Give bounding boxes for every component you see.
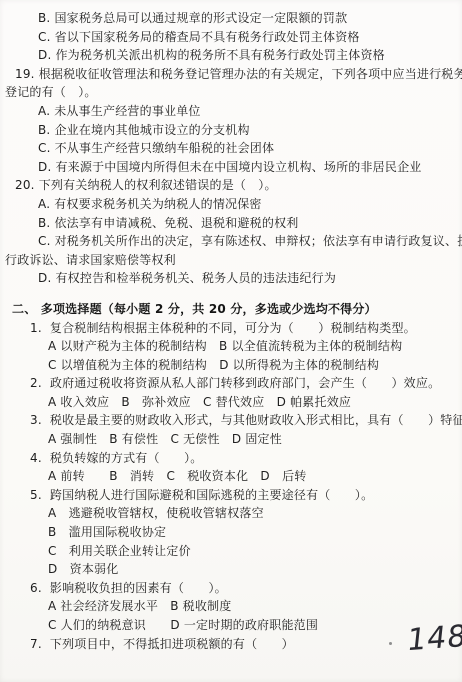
text-line: C 利用关联企业转让定价 [0,542,462,561]
text-line: A 强制性 B 有偿性 C 无偿性 D 固定性 [0,430,462,449]
text-line: A 前转 B 消转 C 税收资本化 D 后转 [0,467,462,486]
text-line: 2. 政府通过税收将资源从私人部门转移到政府部门，会产生（ ）效应。 [0,374,462,393]
text-line: B. 依法享有申请减税、免税、退税和避税的权利 [0,214,462,233]
ink-dot [389,642,392,645]
text-line: 7. 下列项目中，不得抵扣进项税额的有（ ） [0,635,462,654]
handwritten-page-number: 148 [405,619,462,659]
text-line: 5. 跨国纳税人进行国际避税和国际逃税的主要途径有（ ）。 [0,486,462,505]
section-header: 二、 多项选择题（每小题 2 分，共 20 分，多选或少选均不得分） [0,300,462,319]
text-line: C. 不从事生产经营只缴纳车船税的社会团体 [0,139,462,158]
text-line: D 资本弱化 [0,560,462,579]
text-line: 1. 复合税制结构根据主体税种的不同，可分为（ ）税制结构类型。 [0,319,462,338]
text-line: 登记的有（ ）。 [0,83,462,102]
text-line: A 逃避税收管辖权，使税收管辖权落空 [0,504,462,523]
text-line: D. 作为税务机关派出机构的税务所不具有税务行政处罚主体资格 [0,46,462,65]
text-line: 4. 税负转嫁的方式有（ ）。 [0,449,462,468]
text-line: C. 对税务机关所作出的决定，享有陈述权、申辩权；依法享有申请行政复议、提起 [0,232,462,251]
text-line: A 社会经济发展水平 B 税收制度 [0,597,462,616]
document-text: B. 国家税务总局可以通过规章的形式设定一定限额的罚款C. 省以下国家税务局的稽… [0,9,462,653]
text-line: B 滥用国际税收协定 [0,523,462,542]
text-line: A 以财产税为主体的税制结构 B 以全值流转税为主体的税制结构 [0,337,462,356]
text-line: C. 省以下国家税务局的稽查局不具有税务行政处罚主体资格 [0,28,462,47]
text-line: 3. 税收是最主要的财政收入形式，与其他财政收入形式相比，具有（ ）特征。 [0,411,462,430]
text-line: 20. 下列有关纳税人的权利叙述错误的是（ ）。 [0,176,462,195]
text-line: C 人们的纳税意识 D 一定时期的政府职能范围 [0,616,462,635]
text-line: A. 未从事生产经营的事业单位 [0,102,462,121]
text-line: B. 国家税务总局可以通过规章的形式设定一定限额的罚款 [0,9,462,28]
text-line: D. 有来源于中国境内所得但未在中国境内设立机构、场所的非居民企业 [0,158,462,177]
text-line: A. 有权要求税务机关为纳税人的情况保密 [0,195,462,214]
text-line: A 收入效应 B 弥补效应 C 替代效应 D 帕累托效应 [0,393,462,412]
text-line: 19. 根据税收征收管理法和税务登记管理办法的有关规定，下列各项中应当进行税务 [0,65,462,84]
text-line: B. 企业在境内其他城市设立的分支机构 [0,121,462,140]
text-line: D. 有权控告和检举税务机关、税务人员的违法违纪行为 [0,269,462,288]
scanned-page: B. 国家税务总局可以通过规章的形式设定一定限额的罚款C. 省以下国家税务局的稽… [0,0,462,682]
text-line: 行政诉讼、请求国家赔偿等权利 [0,251,462,270]
text-line: C 以增值税为主体的税制结构 D 以所得税为主体的税制结构 [0,356,462,375]
text-line: 6. 影响税收负担的因素有（ ）。 [0,579,462,598]
